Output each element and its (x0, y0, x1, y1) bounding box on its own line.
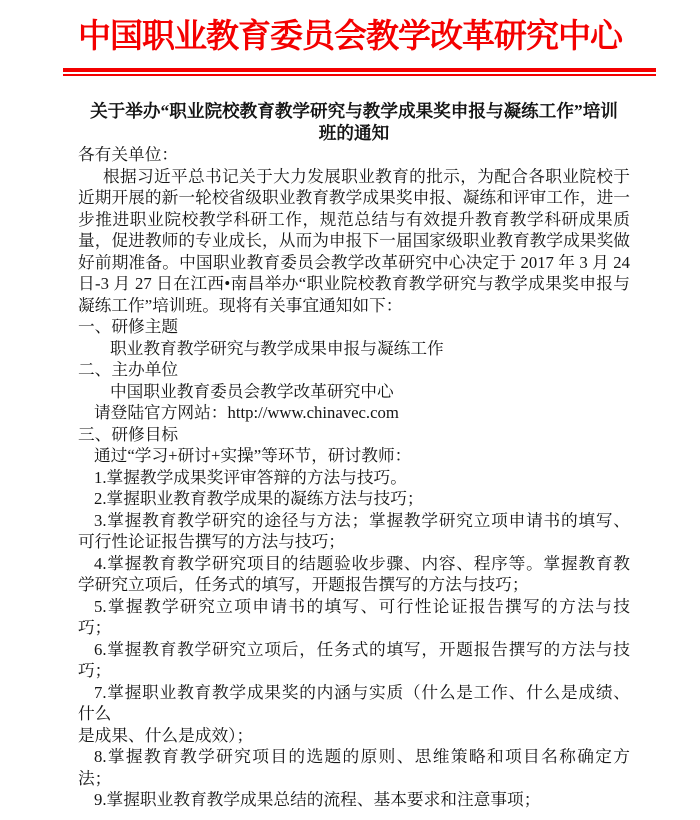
objective-item-line: 可行性论证报告撰写的方法与技巧； (78, 531, 630, 553)
section-1-heading: 一、研修主题 (78, 316, 630, 338)
doc-title-line-2: 班的通知 (78, 122, 630, 144)
letterhead-rule-thin (63, 74, 656, 76)
section-2-heading: 二、主办单位 (78, 359, 630, 381)
doc-title-line-1: 关于举办“职业院校教育教学研究与教学成果奖申报与凝练工作”培训 (78, 100, 630, 122)
objective-item-line: 4.掌握教育教学研究项目的结题验收步骤、内容、程序等。掌握教育教 (78, 553, 630, 575)
org-name-title: 中国职业教育委员会教学改革研究中心 (0, 13, 700, 59)
objective-item-line: 1.掌握教学成果奖评审答辩的方法与技巧。 (78, 467, 630, 489)
objective-item-line: 巧； (78, 617, 630, 639)
intro-para-line: 根据习近平总书记关于大力发展职业教育的批示，为配合各职业院校于 (78, 166, 630, 188)
objective-item-line: 8.掌握教育教学研究项目的选题的原则、思维策略和项目名称确定方 (78, 746, 630, 768)
intro-para-line: 凝练工作”培训班。现将有关事宜通知如下： (78, 295, 630, 317)
intro-para-line: 近期开展的新一轮校省级职业教育教学成果奖申报、凝练和评审工作，进一 (78, 187, 630, 209)
objective-item-line: 5.掌握教学研究立项申请书的填写、可行性论证报告撰写的方法与技 (78, 596, 630, 618)
intro-para-line: 量，促进教师的专业成长，从而为申报下一届国家级职业教育教学成果奖做 (78, 230, 630, 252)
objective-item-line: 学研究立项后，任务式的填写，开题报告撰写的方法与技巧； (78, 574, 630, 596)
objective-item-line: 7.掌握职业教育教学成果奖的内涵与实质（什么是工作、什么是成绩、 (78, 682, 630, 704)
objective-item-line: 什么 (78, 703, 630, 725)
notice-document-page: 中国职业教育委员会教学改革研究中心 关于举办“职业院校教育教学研究与教学成果奖申… (0, 0, 700, 820)
website-line: 请登陆官方网站：http://www.chinavec.com (78, 402, 630, 424)
objective-item-line: 法； (78, 768, 630, 790)
section-1-content: 职业教育教学研究与教学成果申报与凝练工作 (78, 338, 630, 360)
salutation: 各有关单位： (78, 144, 630, 166)
objective-item-line: 2.掌握职业教育教学成果的凝练方法与技巧； (78, 488, 630, 510)
intro-para-line: 日-3 月 27 日在江西•南昌举办“职业院校教育教学研究与教学成果奖申报与 (78, 273, 630, 295)
notice-body: 关于举办“职业院校教育教学研究与教学成果奖申报与凝练工作”培训 班的通知 各有关… (78, 100, 630, 811)
section-3-heading: 三、研修目标 (78, 424, 630, 446)
objective-item-line: 3.掌握教育教学研究的途径与方法；掌握教学研究立项申请书的填写、 (78, 510, 630, 532)
letterhead-rule-thick (63, 68, 656, 72)
section-3-intro: 通过“学习+研讨+实操”等环节，研讨教师： (78, 445, 630, 467)
org-letterhead: 中国职业教育委员会教学改革研究中心 (0, 0, 700, 76)
intro-para-line: 步推进职业院校教学科研工作，规范总结与有效提升教育教学科研成果质 (78, 209, 630, 231)
objective-item-line: 6.掌握教育教学研究立项后，任务式的填写，开题报告撰写的方法与技 (78, 639, 630, 661)
objective-item-line: 巧； (78, 660, 630, 682)
objective-item-line: 是成果、什么是成效）； (78, 725, 630, 747)
objective-item-line: 9.掌握职业教育教学成果总结的流程、基本要求和注意事项； (78, 789, 630, 811)
intro-para-line: 好前期准备。中国职业教育委员会教学改革研究中心决定于 2017 年 3 月 24 (78, 252, 630, 274)
section-2-content: 中国职业教育委员会教学改革研究中心 (78, 381, 630, 403)
